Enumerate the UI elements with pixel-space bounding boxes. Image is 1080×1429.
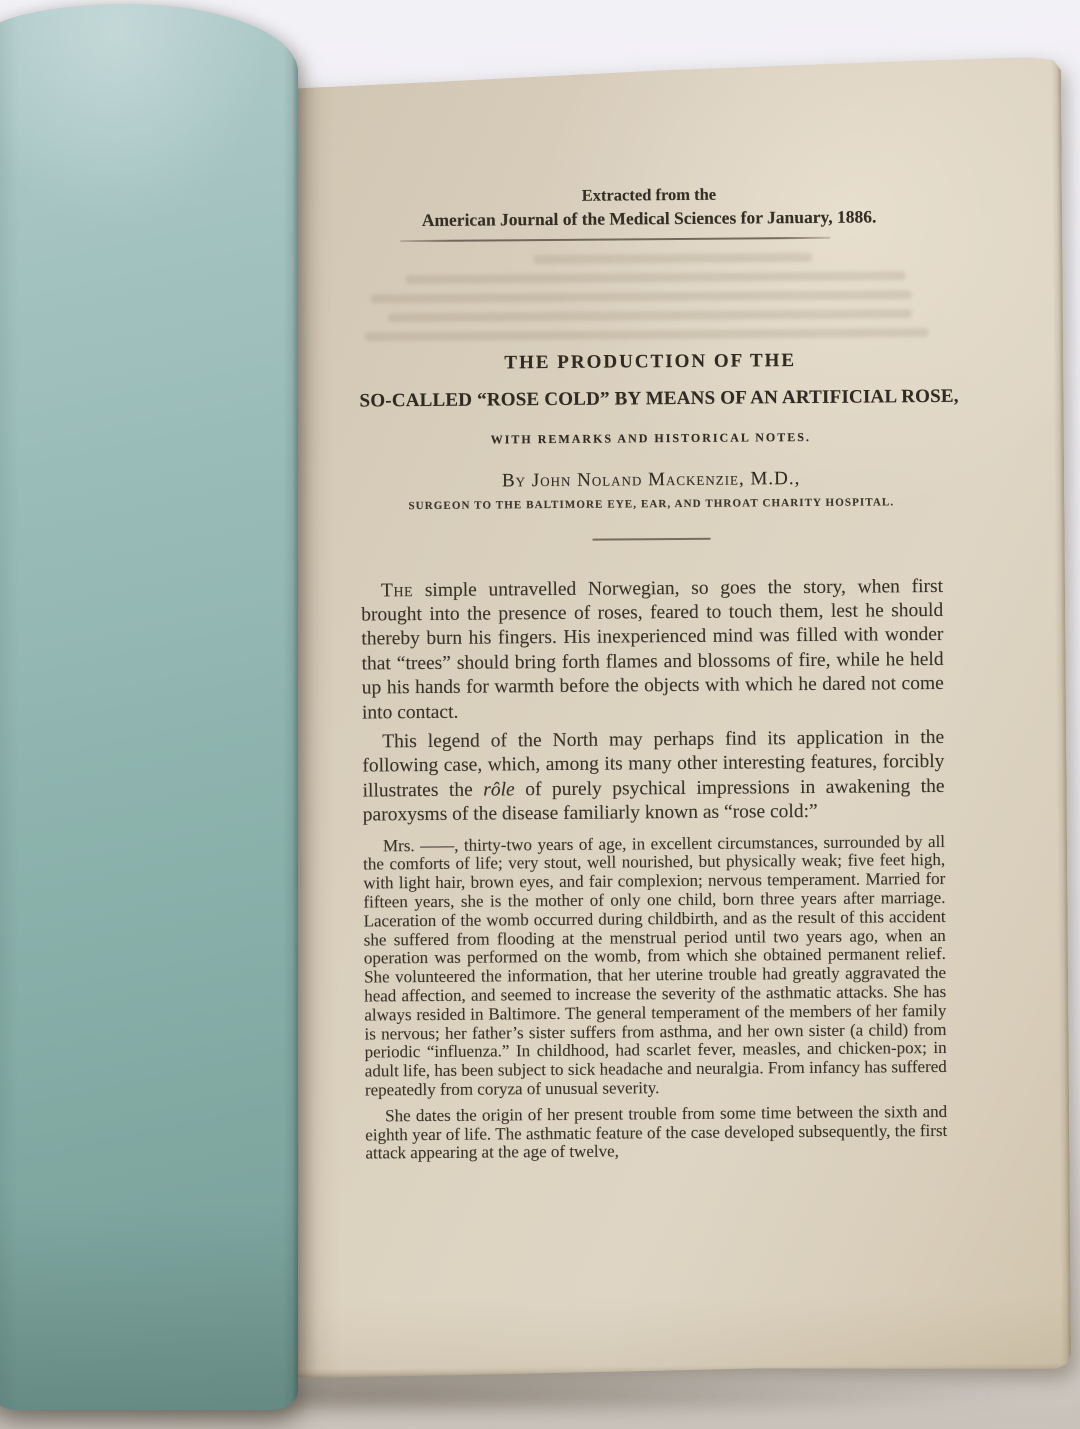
- blue-cover-folded-back: [0, 4, 298, 1410]
- photo-scene: Extracted from the American Journal of t…: [0, 0, 1080, 1429]
- cover-wrap: [0, 0, 1080, 1429]
